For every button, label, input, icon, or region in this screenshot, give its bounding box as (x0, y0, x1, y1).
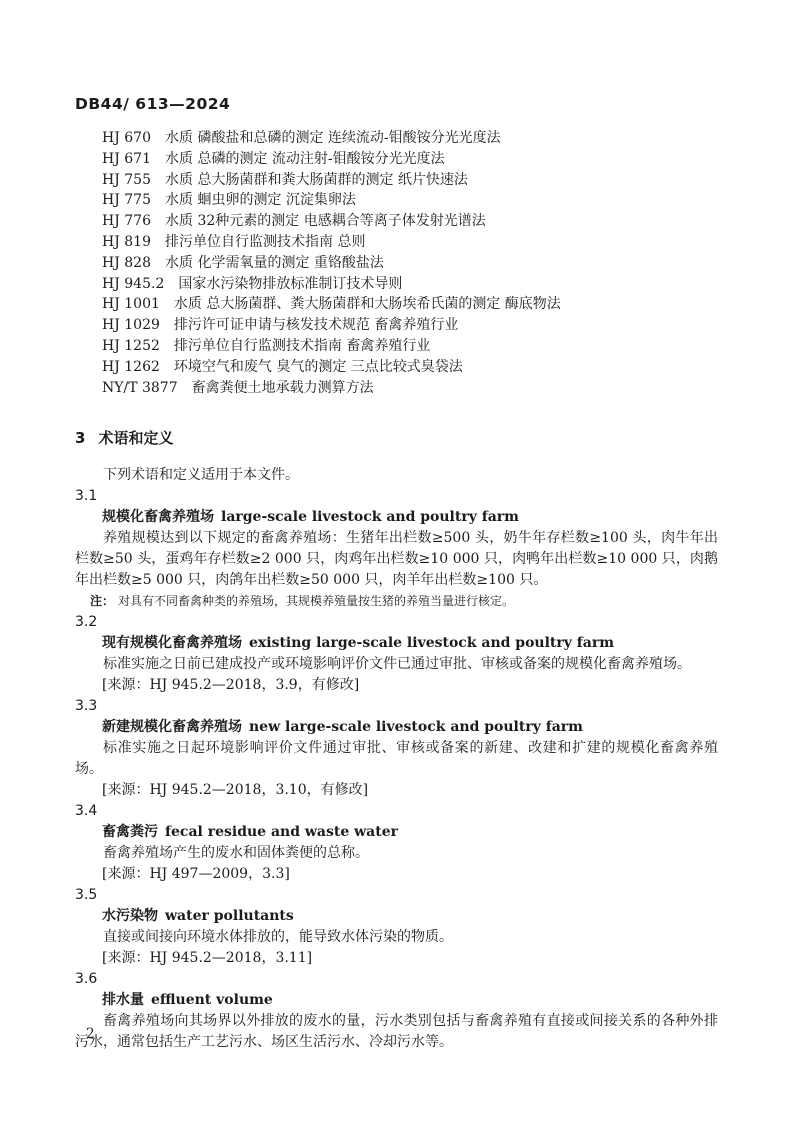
standard-code: HJ 670 (102, 130, 151, 146)
term-name-zh: 水污染物 (102, 908, 158, 924)
standard-reference-row: HJ 1262环境空气和废气 臭气的测定 三点比较式臭袋法 (102, 357, 718, 378)
term-number: 3.3 (75, 696, 718, 717)
section-heading: 3术语和定义 (75, 428, 718, 449)
term-heading: 规模化畜禽养殖场large-scale livestock and poultr… (75, 507, 718, 528)
standard-code: HJ 1252 (102, 338, 160, 354)
standard-code: HJ 945.2 (102, 276, 164, 292)
standard-code: HJ 828 (102, 255, 151, 271)
standard-title: 水质 总大肠菌群、粪大肠菌群和大肠埃希氏菌的测定 酶底物法 (174, 296, 561, 312)
term-name-en: effluent volume (151, 992, 273, 1008)
term-number: 3.5 (75, 885, 718, 906)
term-definition: 直接或间接向环境水体排放的，能导致水体污染的物质。 (75, 927, 718, 948)
standard-reference-row: HJ 775水质 蛔虫卵的测定 沉淀集卵法 (102, 190, 718, 211)
term-name-zh: 排水量 (102, 992, 144, 1008)
term-definition: 标准实施之日前已建成投产或环境影响评价文件已通过审批、审核或备案的规模化畜禽养殖… (75, 654, 718, 675)
term-name-en: existing large-scale livestock and poult… (249, 635, 614, 651)
term-heading: 排水量effluent volume (75, 990, 718, 1011)
standard-title: 国家水污染物排放标准制订技术导则 (178, 276, 402, 292)
standard-reference-row: NY/T 3877畜禽粪便土地承载力测算方法 (102, 378, 718, 399)
standard-reference-row: HJ 1252排污单位自行监测技术指南 畜禽养殖行业 (102, 336, 718, 357)
terms-list: 3.1规模化畜禽养殖场large-scale livestock and pou… (75, 486, 718, 1053)
term-block: 3.5水污染物water pollutants直接或间接向环境水体排放的，能导致… (75, 885, 718, 969)
standard-reference-row: HJ 670水质 磷酸盐和总磷的测定 连续流动-钼酸铵分光光度法 (102, 128, 718, 149)
term-name-zh: 规模化畜禽养殖场 (102, 509, 214, 525)
standard-code: HJ 776 (102, 213, 151, 229)
term-block: 3.6排水量effluent volume畜禽养殖场向其场界以外排放的废水的量，… (75, 969, 718, 1053)
term-name-en: new large-scale livestock and poultry fa… (249, 719, 583, 735)
term-number: 3.6 (75, 969, 718, 990)
standard-title: 排污单位自行监测技术指南 畜禽养殖行业 (174, 338, 430, 354)
standard-title: 畜禽粪便土地承载力测算方法 (192, 380, 374, 396)
standard-title: 排污单位自行监测技术指南 总则 (165, 234, 365, 250)
term-number: 3.4 (75, 801, 718, 822)
term-source-reference: [来源：HJ 945.2—2018，3.9，有修改] (75, 675, 718, 696)
term-block: 3.2现有规模化畜禽养殖场existing large-scale livest… (75, 612, 718, 696)
term-name-en: water pollutants (165, 908, 294, 924)
standard-code: HJ 1001 (102, 296, 160, 312)
document-page: DB44/ 613—2024 HJ 670水质 磷酸盐和总磷的测定 连续流动-钼… (0, 0, 793, 1122)
section-intro-paragraph: 下列术语和定义适用于本文件。 (75, 465, 718, 486)
standard-title: 排污许可证申请与核发技术规范 畜禽养殖行业 (174, 317, 458, 333)
note-label: 注： (90, 594, 114, 608)
term-name-zh: 新建规模化畜禽养殖场 (102, 719, 242, 735)
standard-code: HJ 671 (102, 151, 151, 167)
normative-references-list: HJ 670水质 磷酸盐和总磷的测定 连续流动-钼酸铵分光光度法HJ 671水质… (75, 128, 718, 398)
standard-code: HJ 775 (102, 192, 151, 208)
term-definition: 畜禽养殖场产生的废水和固体粪便的总称。 (75, 843, 718, 864)
term-definition: 畜禽养殖场向其场界以外排放的废水的量，污水类别包括与畜禽养殖有直接或间接关系的各… (75, 1011, 718, 1053)
term-block: 3.4畜禽粪污fecal residue and waste water畜禽养殖… (75, 801, 718, 885)
standard-title: 水质 化学需氧量的测定 重铬酸盐法 (165, 255, 384, 271)
term-heading: 畜禽粪污fecal residue and waste water (75, 822, 718, 843)
term-source-reference: [来源：HJ 497—2009，3.3] (75, 864, 718, 885)
section-number: 3 (75, 429, 85, 447)
section-title: 术语和定义 (98, 429, 173, 447)
term-source-reference: [来源：HJ 945.2—2018，3.10，有修改] (75, 780, 718, 801)
term-source-reference: [来源：HJ 945.2—2018，3.11] (75, 948, 718, 969)
note-text: 对具有不同畜禽种类的养殖场，其规模养殖量按生猪的养殖当量进行核定。 (118, 594, 514, 608)
standard-reference-row: HJ 1001水质 总大肠菌群、粪大肠菌群和大肠埃希氏菌的测定 酶底物法 (102, 294, 718, 315)
standard-code: NY/T 3877 (102, 380, 178, 396)
term-note: 注：对具有不同畜禽种类的养殖场，其规模养殖量按生猪的养殖当量进行核定。 (75, 591, 718, 612)
standard-code: HJ 755 (102, 172, 151, 188)
standard-title: 环境空气和废气 臭气的测定 三点比较式臭袋法 (174, 359, 463, 375)
document-code-header: DB44/ 613—2024 (75, 95, 718, 113)
term-heading: 现有规模化畜禽养殖场existing large-scale livestock… (75, 633, 718, 654)
standard-title: 水质 总大肠菌群和粪大肠菌群的测定 纸片快速法 (165, 172, 468, 188)
standard-code: HJ 819 (102, 234, 151, 250)
standard-reference-row: HJ 819排污单位自行监测技术指南 总则 (102, 232, 718, 253)
term-heading: 新建规模化畜禽养殖场new large-scale livestock and … (75, 717, 718, 738)
term-heading: 水污染物water pollutants (75, 906, 718, 927)
term-name-zh: 现有规模化畜禽养殖场 (102, 635, 242, 651)
term-block: 3.1规模化畜禽养殖场large-scale livestock and pou… (75, 486, 718, 612)
term-definition: 标准实施之日起环境影响评价文件通过审批、审核或备案的新建、改建和扩建的规模化畜禽… (75, 738, 718, 780)
page-number: 2 (86, 1026, 95, 1042)
standard-reference-row: HJ 1029排污许可证申请与核发技术规范 畜禽养殖行业 (102, 315, 718, 336)
term-number: 3.1 (75, 486, 718, 507)
standard-title: 水质 磷酸盐和总磷的测定 连续流动-钼酸铵分光光度法 (165, 130, 501, 146)
term-number: 3.2 (75, 612, 718, 633)
standard-title: 水质 总磷的测定 流动注射-钼酸铵分光光度法 (165, 151, 445, 167)
term-definition: 养殖规模达到以下规定的畜禽养殖场：生猪年出栏数≥500 头，奶牛年存栏数≥100… (75, 528, 718, 591)
standard-reference-row: HJ 828水质 化学需氧量的测定 重铬酸盐法 (102, 253, 718, 274)
standard-title: 水质 32种元素的测定 电感耦合等离子体发射光谱法 (165, 213, 486, 229)
standard-reference-row: HJ 755水质 总大肠菌群和粪大肠菌群的测定 纸片快速法 (102, 170, 718, 191)
term-block: 3.3新建规模化畜禽养殖场new large-scale livestock a… (75, 696, 718, 801)
standard-reference-row: HJ 671水质 总磷的测定 流动注射-钼酸铵分光光度法 (102, 149, 718, 170)
term-name-en: large-scale livestock and poultry farm (221, 509, 519, 525)
standard-reference-row: HJ 945.2国家水污染物排放标准制订技术导则 (102, 274, 718, 295)
standard-code: HJ 1029 (102, 317, 160, 333)
standard-title: 水质 蛔虫卵的测定 沉淀集卵法 (165, 192, 356, 208)
term-name-en: fecal residue and waste water (165, 824, 398, 840)
term-name-zh: 畜禽粪污 (102, 824, 158, 840)
standard-reference-row: HJ 776水质 32种元素的测定 电感耦合等离子体发射光谱法 (102, 211, 718, 232)
standard-code: HJ 1262 (102, 359, 160, 375)
